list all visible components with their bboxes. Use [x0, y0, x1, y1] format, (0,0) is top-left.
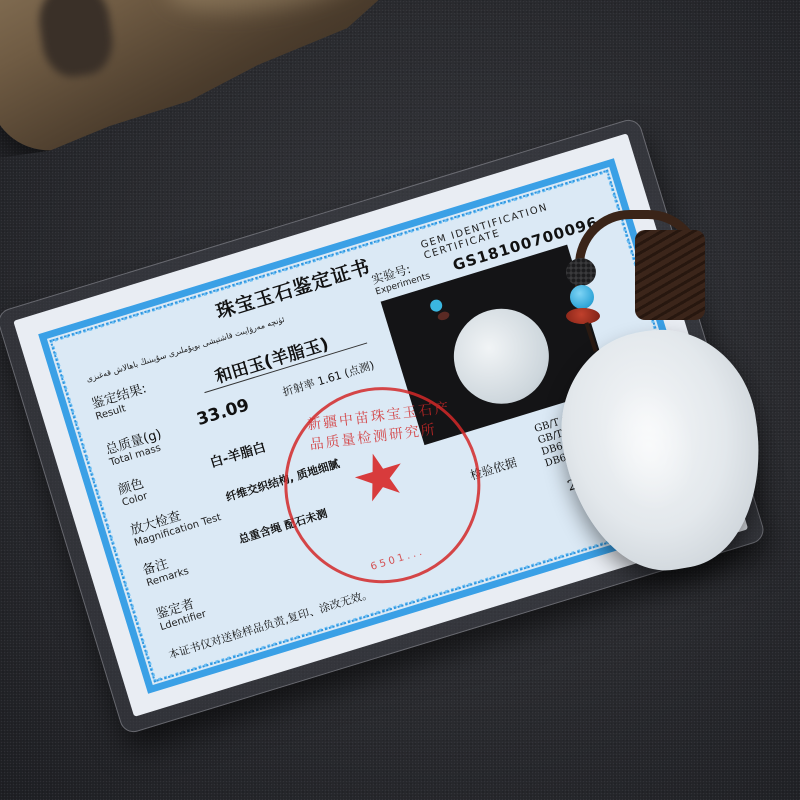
field-identifier: 鉴定者 Ldentifier	[155, 595, 208, 633]
field-color: 颜色 Color	[117, 477, 149, 509]
cord-wrap	[635, 230, 705, 320]
photo-jade-pendant	[442, 297, 561, 416]
certificate-title: 珠宝玉石鉴定证书	[212, 252, 373, 325]
seal-ring-text: 新疆中苗珠宝玉石产品质量检测研究所	[306, 396, 462, 454]
photo-turquoise-bead	[429, 298, 444, 313]
field-remarks: 备注 Remarks	[141, 552, 190, 589]
photo-agate-bead	[437, 310, 451, 321]
field-magnification: 放大检查 Magnification Test	[129, 499, 223, 549]
seal-serial: 6501...	[369, 546, 426, 573]
color-value: 白-羊脂白	[207, 436, 267, 471]
field-result: 鉴定结果: Result	[90, 382, 151, 422]
field-total-mass: 总质量(g) Total mass	[104, 428, 166, 469]
star-icon	[349, 446, 411, 508]
agate-bead	[566, 308, 600, 324]
cord-knot	[566, 258, 596, 286]
turquoise-bead	[570, 285, 594, 309]
total-mass-value: 33.09	[194, 395, 251, 430]
